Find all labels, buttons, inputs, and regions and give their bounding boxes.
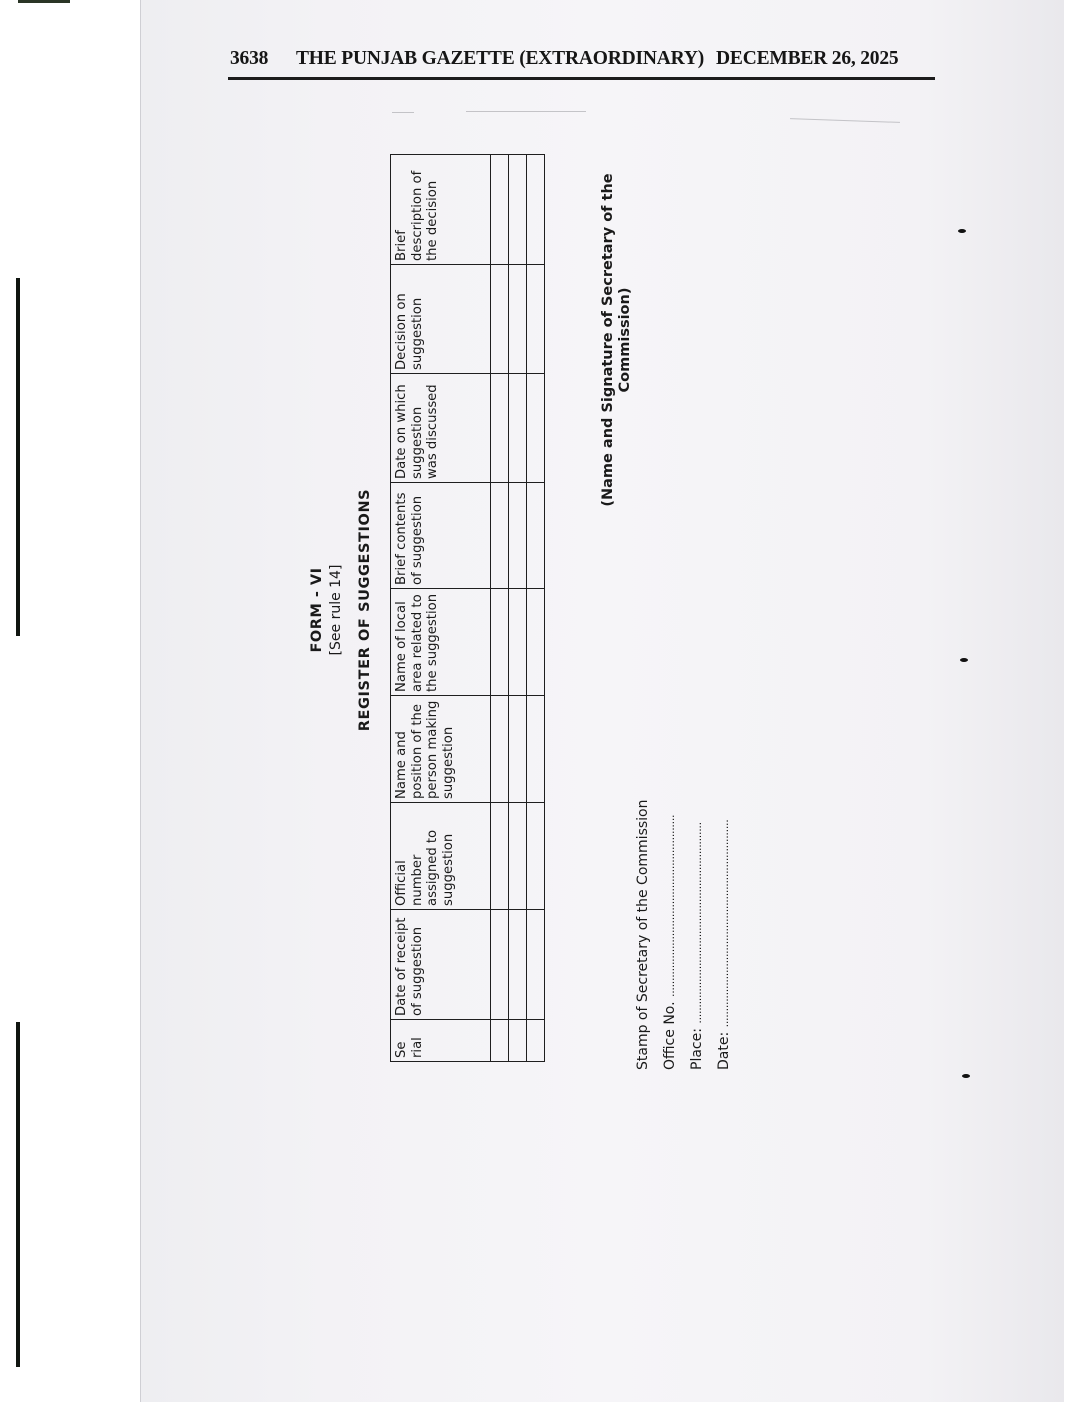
table-cell[interactable] — [509, 1020, 527, 1062]
table-cell[interactable] — [527, 910, 545, 1020]
column-header: Date of receipt of suggestion — [391, 910, 491, 1020]
table-cell[interactable] — [527, 483, 545, 589]
place-field[interactable]: Place: .................................… — [689, 740, 716, 1070]
office-no-label: Office No. — [662, 1001, 678, 1070]
table-cell[interactable] — [509, 589, 527, 696]
punch-hole-mark — [958, 229, 966, 233]
table-cell[interactable] — [527, 803, 545, 910]
table-cell[interactable] — [491, 483, 509, 589]
column-header: Name and position of the person making s… — [391, 696, 491, 803]
table-cell[interactable] — [509, 265, 527, 374]
table-cell[interactable] — [509, 374, 527, 483]
header-rule — [228, 77, 935, 80]
column-header: Brief contents of suggestion — [391, 483, 491, 589]
table-cell[interactable] — [491, 374, 509, 483]
table-row — [527, 155, 545, 1062]
table-cell[interactable] — [509, 155, 527, 265]
form-rule-reference: [See rule 14] — [328, 150, 344, 1070]
table-cell[interactable] — [491, 696, 509, 803]
punch-hole-mark — [962, 1074, 970, 1078]
gazette-title: THE PUNJAB GAZETTE (EXTRAORDINARY) — [296, 48, 704, 70]
table-cell[interactable] — [491, 910, 509, 1020]
column-header: Decision on suggestion — [391, 265, 491, 374]
table-cell[interactable] — [527, 374, 545, 483]
page-number: 3638 — [230, 48, 296, 70]
register-title: REGISTER OF SUGGESTIONS — [357, 150, 373, 1070]
table-cell[interactable] — [491, 155, 509, 265]
bleed-through-mark — [466, 111, 586, 112]
register-of-suggestions-table: Se rialDate of receipt of suggestionOffi… — [390, 154, 545, 1062]
place-blank[interactable]: ........................................… — [691, 822, 704, 1023]
table-cell[interactable] — [509, 803, 527, 910]
date-field[interactable]: Date: ..................................… — [716, 740, 743, 1070]
table-header-row: Se rialDate of receipt of suggestionOffi… — [391, 155, 491, 1062]
scan-edge-line — [16, 278, 20, 636]
table-cell[interactable] — [527, 155, 545, 265]
table-cell[interactable] — [491, 265, 509, 374]
table-cell[interactable] — [491, 1020, 509, 1062]
form-vi-rotated-content: FORM - VI [See rule 14] REGISTER OF SUGG… — [295, 150, 765, 1070]
column-header: Name of local area related to the sugges… — [391, 589, 491, 696]
table-cell[interactable] — [527, 265, 545, 374]
column-header: Brief description of the decision — [391, 155, 491, 265]
form-title: FORM - VI — [309, 150, 325, 1070]
column-header: Official number assigned to suggestion — [391, 803, 491, 910]
table-cell[interactable] — [491, 803, 509, 910]
table-cell[interactable] — [509, 910, 527, 1020]
table-cell[interactable] — [509, 483, 527, 589]
table-cell[interactable] — [527, 696, 545, 803]
table-cell[interactable] — [509, 696, 527, 803]
table-cell[interactable] — [527, 589, 545, 696]
office-no-blank[interactable]: ........................................… — [664, 815, 677, 997]
gazette-date: DECEMBER 26, 2025 — [716, 48, 898, 70]
stamp-block: Stamp of Secretary of the Commission Off… — [635, 740, 743, 1070]
date-label: Date: — [716, 1032, 732, 1070]
column-header: Se rial — [391, 1020, 491, 1062]
office-no-field[interactable]: Office No. .............................… — [662, 740, 689, 1070]
column-header: Date on which suggestion was discussed — [391, 374, 491, 483]
table-row — [491, 155, 509, 1062]
scan-edge-line — [16, 1022, 20, 1367]
signature-caption: (Name and Signature of Secretary of the … — [600, 150, 634, 530]
table-cell[interactable] — [491, 589, 509, 696]
stamp-label: Stamp of Secretary of the Commission — [635, 740, 662, 1070]
bleed-through-mark — [392, 112, 414, 113]
table-row — [509, 155, 527, 1062]
punch-hole-mark — [960, 658, 968, 662]
date-blank[interactable]: ........................................… — [718, 820, 731, 1028]
scan-edge-mark — [18, 0, 70, 3]
gazette-running-header: 3638 THE PUNJAB GAZETTE (EXTRAORDINARY) … — [230, 48, 935, 70]
place-label: Place: — [689, 1028, 705, 1070]
table-cell[interactable] — [527, 1020, 545, 1062]
